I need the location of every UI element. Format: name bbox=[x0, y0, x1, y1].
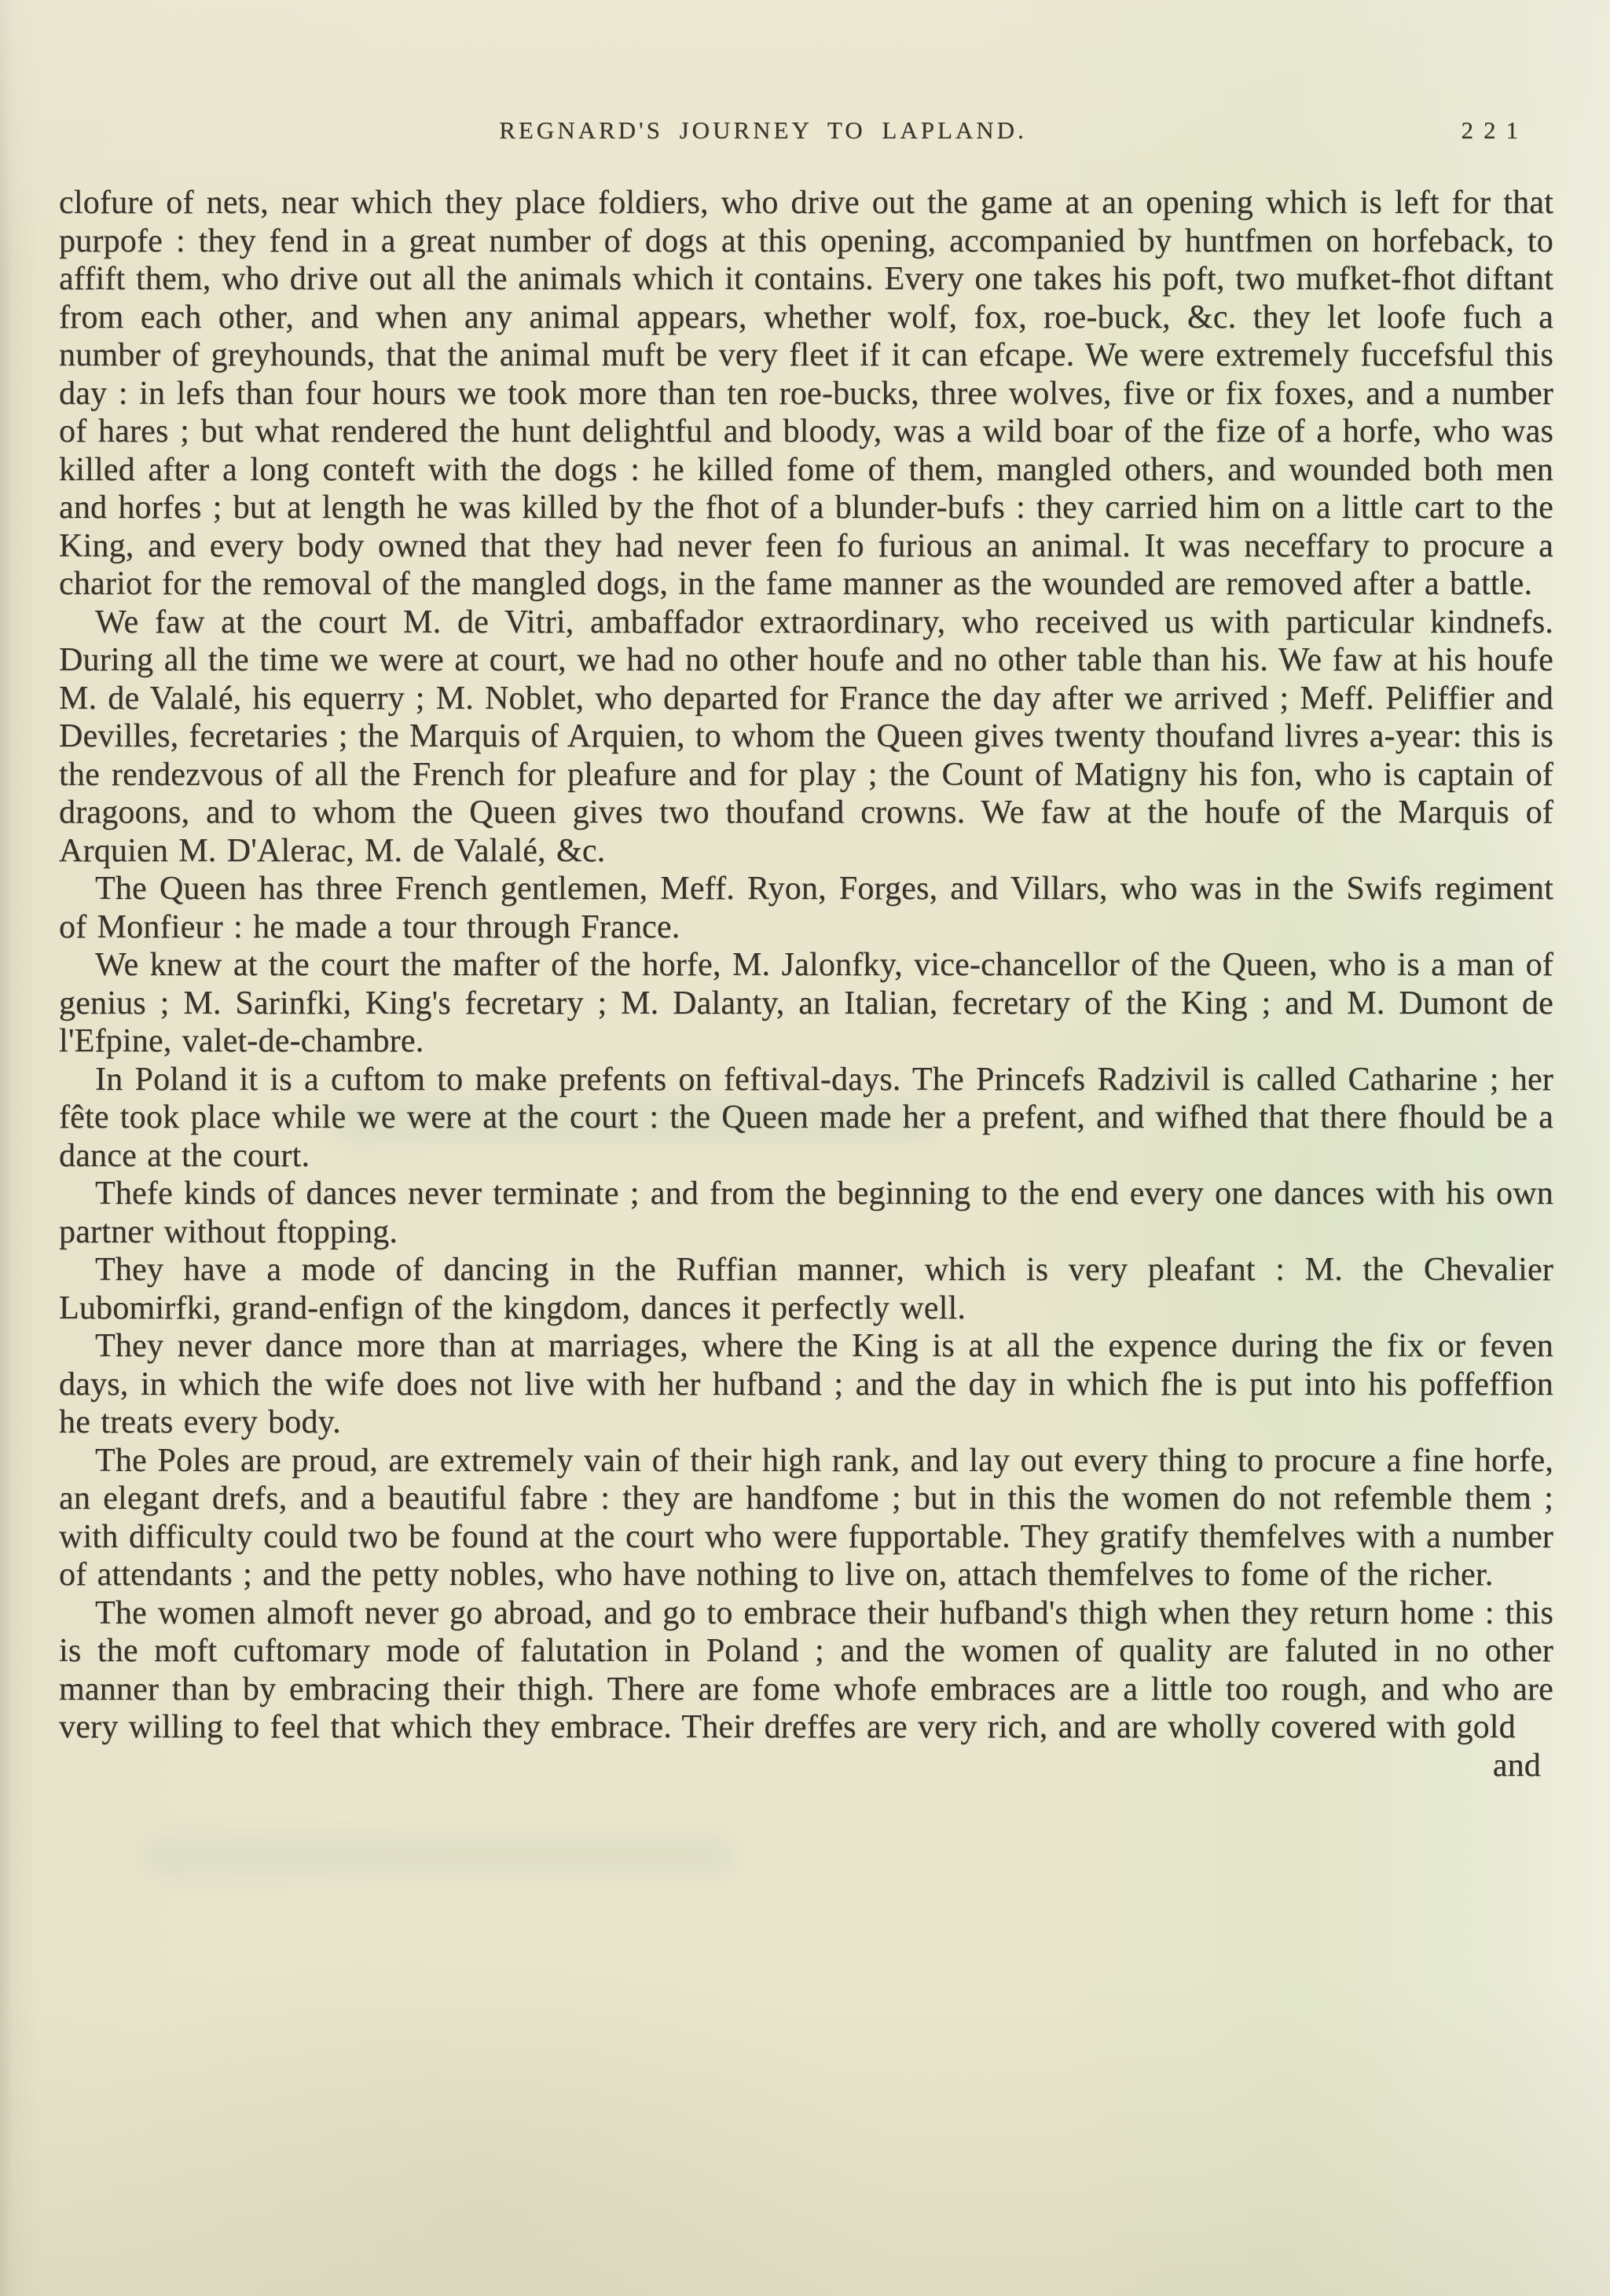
paragraph: The women almoft never go abroad, and go… bbox=[59, 1594, 1553, 1747]
paragraph: The Queen has three French gentlemen, Me… bbox=[59, 870, 1553, 946]
paragraph: In Poland it is a cuftom to make prefent… bbox=[59, 1061, 1553, 1176]
book-page: REGNARD'S JOURNEY TO LAPLAND. 221 clofur… bbox=[0, 0, 1610, 2296]
paragraph: clofure of nets, near which they place f… bbox=[59, 184, 1553, 603]
page-header: REGNARD'S JOURNEY TO LAPLAND. 221 bbox=[59, 116, 1553, 156]
catchword: and bbox=[59, 1747, 1553, 1785]
paragraph: They have a mode of dancing in the Ruffi… bbox=[59, 1251, 1553, 1327]
running-title: REGNARD'S JOURNEY TO LAPLAND. bbox=[16, 116, 1510, 145]
paragraph: We faw at the court M. de Vitri, ambaffa… bbox=[59, 603, 1553, 871]
paragraph: We knew at the court the mafter of the h… bbox=[59, 946, 1553, 1061]
paragraph: They never dance more than at marriages,… bbox=[59, 1327, 1553, 1442]
paragraph: Thefe kinds of dances never terminate ; … bbox=[59, 1175, 1553, 1251]
page-number: 221 bbox=[1461, 116, 1529, 145]
page-text: clofure of nets, near which they place f… bbox=[59, 184, 1553, 1784]
paragraph: The Poles are proud, are extremely vain … bbox=[59, 1442, 1553, 1594]
